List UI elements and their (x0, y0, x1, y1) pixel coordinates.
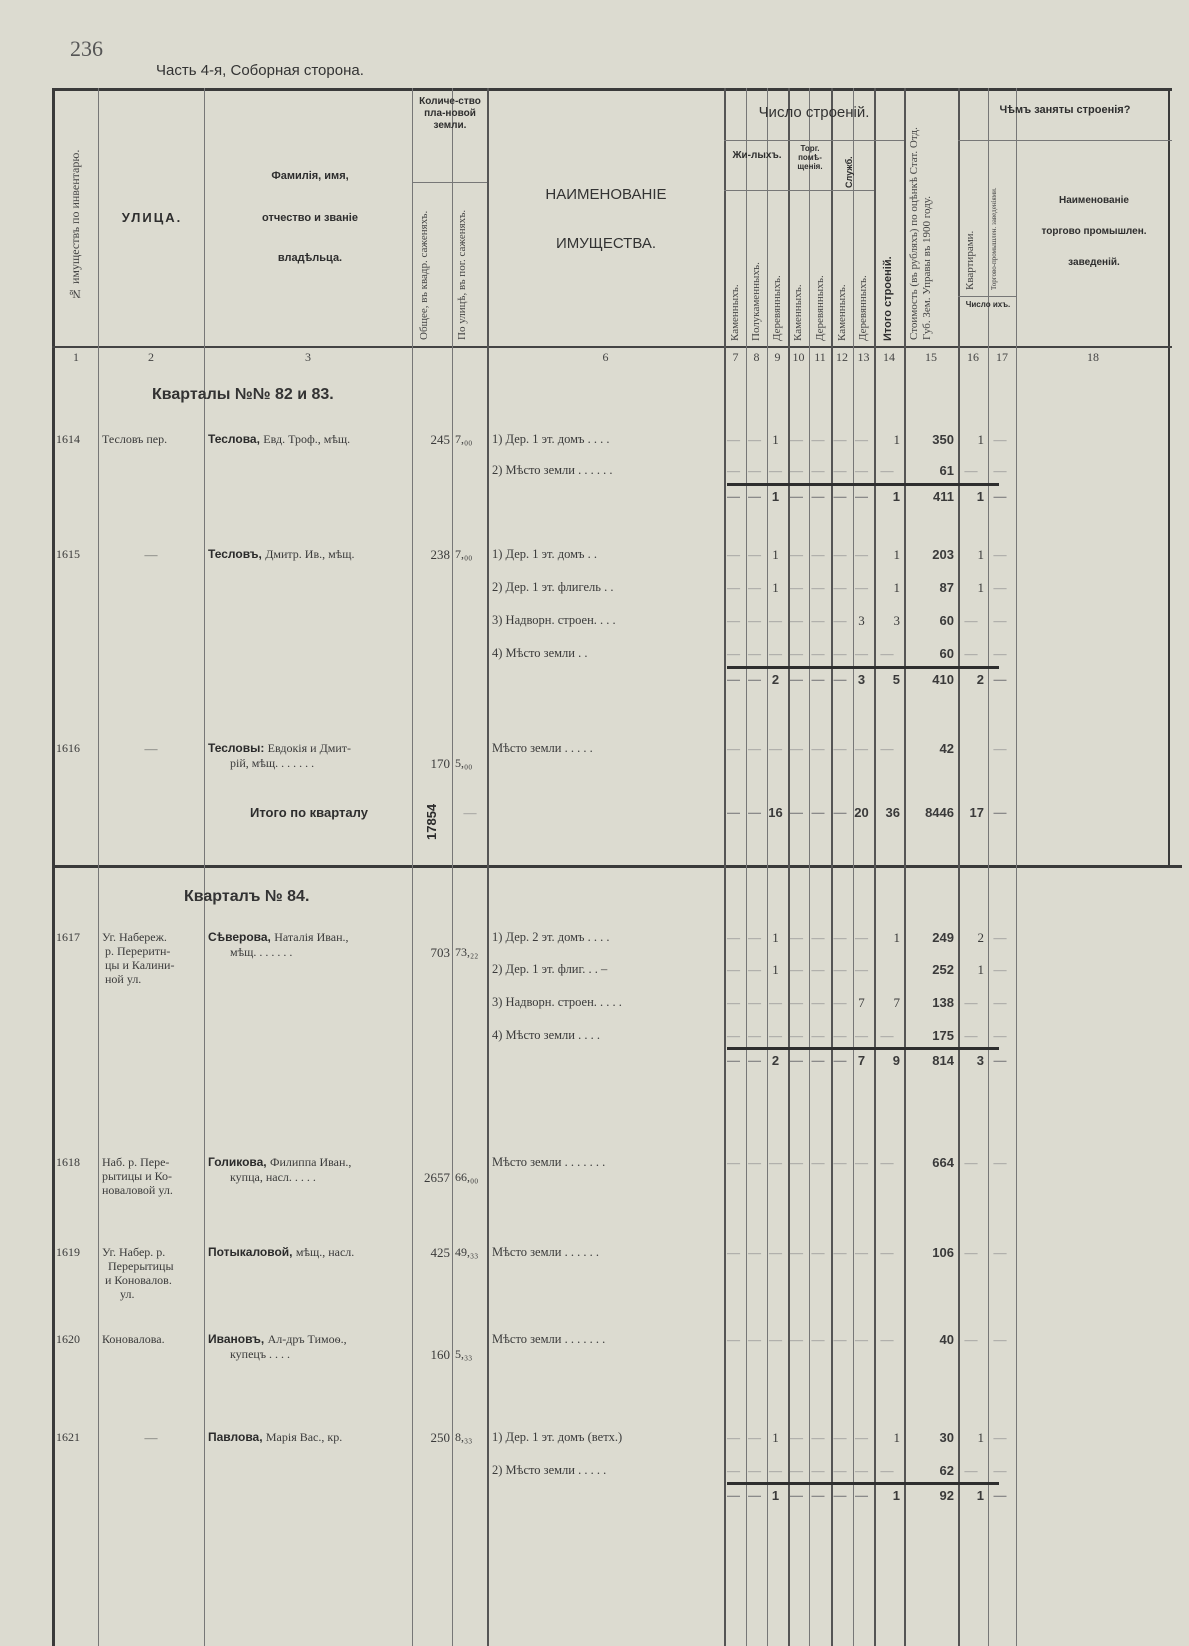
header-subrule (724, 190, 874, 191)
item-value: — (767, 1245, 784, 1261)
item-value: 40 (904, 1332, 954, 1347)
item-value: — (958, 1028, 984, 1044)
item-value: 1 (958, 547, 984, 563)
subtotal-value: — (725, 1053, 742, 1068)
subtotal-rule (727, 1047, 999, 1050)
item-value: — (725, 646, 742, 662)
owner-details: Марія Вас., кр. (266, 1430, 342, 1444)
subtotal-value: 3 (853, 672, 870, 687)
owner-details: Наталія Иван., (274, 930, 348, 944)
subtotal-rule (727, 666, 999, 669)
item-value: — (788, 646, 805, 662)
item-value: — (874, 646, 900, 662)
inventory-number: 1620 (56, 1332, 96, 1347)
quarter-total-value: — (788, 805, 805, 820)
item-value: — (746, 613, 763, 629)
item-value: 30 (904, 1430, 954, 1445)
owner-name: Теслова, Евд. Троф., мѣщ. (208, 432, 410, 447)
col-divider (204, 88, 205, 1646)
land-area: 425 (414, 1245, 450, 1261)
item-value: — (725, 1155, 742, 1171)
item-value: — (725, 962, 742, 978)
item-value: 252 (904, 962, 954, 977)
subtotal-value: 1 (874, 1488, 900, 1503)
item-value: — (767, 1155, 784, 1171)
col-divider (788, 88, 790, 1646)
item-value: — (788, 995, 805, 1011)
item-value: — (988, 1028, 1012, 1044)
col-divider (98, 88, 99, 1646)
item-value: — (831, 1155, 849, 1171)
header-col8: Полукаменныхъ. (750, 196, 762, 341)
item-value: — (809, 463, 827, 479)
page-number: 236 (70, 36, 103, 62)
item-value: — (874, 1028, 900, 1044)
item-value: 1 (767, 580, 784, 596)
owner-surname: Ивановъ, (208, 1332, 268, 1346)
item-value: — (746, 995, 763, 1011)
subtotal-value: 2 (767, 672, 784, 687)
subtotal-value: — (746, 489, 763, 504)
subtotal-value: — (988, 489, 1012, 504)
item-value: 60 (904, 646, 954, 661)
item-value: — (746, 1155, 763, 1171)
item-value: — (988, 1155, 1012, 1171)
item-value: — (788, 1430, 805, 1446)
quarter-total-value: 17 (958, 805, 984, 820)
col-divider (1016, 88, 1017, 1646)
item-value: — (725, 463, 742, 479)
header-col12: Каменныхъ. (836, 196, 848, 341)
column-number: 9 (767, 350, 788, 365)
property-item: 4) Мѣсто земли . . (492, 646, 722, 661)
item-value: — (874, 463, 900, 479)
item-value: — (767, 1028, 784, 1044)
item-value: — (853, 741, 870, 757)
item-value: 1 (874, 1430, 900, 1446)
header-property-line1: НАИМЕНОВАНІЕ (490, 186, 722, 203)
quarter-heading: Кварталъ № 84. (184, 888, 309, 906)
item-value: — (958, 1463, 984, 1479)
subtotal-value: — (746, 1488, 763, 1503)
subtotal-value: 5 (874, 672, 900, 687)
owner-surname: Потыкаловой, (208, 1245, 296, 1259)
column-number: 3 (206, 350, 410, 365)
item-value: — (988, 1430, 1012, 1446)
land-frontage: 49,₃₃ (455, 1245, 487, 1260)
item-value: — (831, 1028, 849, 1044)
header-subrule (724, 140, 904, 141)
owner-details: Евд. Троф., мѣщ. (263, 432, 350, 446)
item-value: — (874, 1332, 900, 1348)
street-name: — (100, 1430, 202, 1446)
street-name: Тесловъ пер. (102, 432, 202, 446)
subtotal-value: — (809, 489, 827, 504)
item-value: — (809, 432, 827, 448)
owner-details: Филиппа Иван., (270, 1155, 351, 1169)
item-value: — (988, 930, 1012, 946)
item-value: — (831, 1463, 849, 1479)
owner-name: Ивановъ, Ал-дръ Тимоѳ., (208, 1332, 410, 1347)
subtotal-value: 410 (904, 672, 954, 687)
owner-name-cont: рій, мѣщ. . . . . . . (230, 756, 410, 771)
column-number: 17 (988, 350, 1016, 365)
owner-details: Ал-дръ Тимоѳ., (268, 1332, 347, 1346)
header-col18-line1: Наименованіе (1018, 195, 1170, 206)
item-value: — (831, 1430, 849, 1446)
inventory-number: 1617 (56, 930, 96, 945)
item-value: — (767, 646, 784, 662)
item-value: — (831, 995, 849, 1011)
quarter-total-value: 16 (767, 805, 784, 820)
inventory-number: 1615 (56, 547, 96, 562)
subtotal-value: — (988, 672, 1012, 687)
quarter-total-value: — (725, 805, 742, 820)
item-value: — (725, 930, 742, 946)
item-value: — (988, 962, 1012, 978)
quarter-total-value: — (988, 805, 1012, 820)
item-value: — (767, 1332, 784, 1348)
land-area: 2657 (414, 1170, 450, 1186)
header-col16: Квартирами. (964, 150, 976, 290)
item-value: — (831, 1245, 849, 1261)
quarter-total-value: — (809, 805, 827, 820)
header-count-label: Число ихъ. (960, 300, 1016, 310)
item-value: — (958, 613, 984, 629)
header-property-line2: ИМУЩЕСТВА. (490, 235, 722, 252)
property-item: Мѣсто земли . . . . . . . (492, 1332, 722, 1347)
item-value: — (874, 1245, 900, 1261)
property-item: Мѣсто земли . . . . . (492, 741, 722, 756)
column-number: 6 (489, 350, 722, 365)
item-value: — (725, 1463, 742, 1479)
col-divider (809, 88, 810, 1646)
header-bottom-rule (52, 346, 1172, 348)
owner-surname: Теслова, (208, 432, 263, 446)
item-value: — (809, 962, 827, 978)
subtotal-value: — (788, 672, 805, 687)
item-value: — (746, 463, 763, 479)
property-item: 2) Дер. 1 эт. флиг. . . – (492, 962, 722, 977)
item-value: — (725, 432, 742, 448)
item-value: — (746, 1245, 763, 1261)
item-value: 3 (853, 613, 870, 629)
land-frontage: 7,₀₀ (455, 432, 487, 447)
property-item: 2) Мѣсто земли . . . . . . (492, 463, 722, 478)
quarter-total-value: 20 (853, 805, 870, 820)
owner-name-cont: мѣщ. . . . . . . (230, 945, 410, 960)
table-top-rule (52, 88, 1172, 91)
item-value: — (988, 432, 1012, 448)
item-value: — (874, 1155, 900, 1171)
item-value: — (809, 995, 827, 1011)
subtotal-value: — (831, 489, 849, 504)
property-item: 1) Дер. 1 эт. домъ . . (492, 547, 722, 562)
inventory-number: 1619 (56, 1245, 96, 1260)
item-value: 138 (904, 995, 954, 1010)
item-value: 664 (904, 1155, 954, 1170)
quarter-total-value: — (746, 805, 763, 820)
property-item: 1) Дер. 2 эт. домъ . . . . (492, 930, 722, 945)
subtotal-value: 411 (904, 489, 954, 504)
column-number: 8 (746, 350, 767, 365)
item-value: — (725, 1430, 742, 1446)
item-value: 350 (904, 432, 954, 447)
item-value: 1 (874, 432, 900, 448)
item-value: — (853, 1245, 870, 1261)
item-value: — (788, 613, 805, 629)
item-value: — (988, 646, 1012, 662)
item-value: — (988, 463, 1012, 479)
land-frontage: 66,₀₀ (455, 1170, 487, 1185)
item-value: 1 (874, 547, 900, 563)
item-value: — (988, 1245, 1012, 1261)
item-value: 61 (904, 463, 954, 478)
column-number: 15 (904, 350, 958, 365)
item-value: — (767, 613, 784, 629)
land-area: 160 (414, 1347, 450, 1363)
item-value: — (767, 463, 784, 479)
subtotal-value: 9 (874, 1053, 900, 1068)
column-number: 12 (831, 350, 853, 365)
property-item: Мѣсто земли . . . . . . . (492, 1155, 722, 1170)
item-value: — (767, 741, 784, 757)
header-col7: Каменныхъ. (729, 196, 741, 341)
item-value: 106 (904, 1245, 954, 1260)
column-number: 14 (874, 350, 904, 365)
item-value: — (746, 580, 763, 596)
item-value: — (725, 547, 742, 563)
item-value: — (809, 1028, 827, 1044)
owner-surname: Сѣверова, (208, 930, 274, 944)
item-value: — (746, 1028, 763, 1044)
col-divider (487, 88, 489, 1646)
header-street: УЛИЦА. (104, 210, 200, 225)
property-item: Мѣсто земли . . . . . . (492, 1245, 722, 1260)
col-divider (988, 88, 989, 1646)
subtotal-value: — (988, 1053, 1012, 1068)
col-divider (412, 88, 413, 1646)
item-value: 2 (958, 930, 984, 946)
item-value: — (809, 741, 827, 757)
header-land-frontage: По улицѣ, въ пог. саженяхъ. (456, 190, 484, 340)
item-value: — (831, 930, 849, 946)
subtotal-value: — (853, 1488, 870, 1503)
item-value: 249 (904, 930, 954, 945)
item-value: — (746, 1430, 763, 1446)
street-name: — (100, 547, 202, 563)
subtotal-value: — (788, 1053, 805, 1068)
subtotal-value: 2 (767, 1053, 784, 1068)
item-value: — (809, 1332, 827, 1348)
street-name: Уг. Набереж. р. Переритн- цы и Калини- н… (102, 930, 202, 986)
column-number: 11 (809, 350, 831, 365)
item-value: — (958, 646, 984, 662)
item-value: — (853, 547, 870, 563)
item-value: — (788, 930, 805, 946)
item-value: — (725, 1028, 742, 1044)
header-occupied-group: Чѣмъ заняты строенія? (960, 104, 1170, 116)
owner-surname: Тесловы: (208, 741, 268, 755)
item-value: 87 (904, 580, 954, 595)
item-value: — (746, 1463, 763, 1479)
item-value: — (853, 1028, 870, 1044)
land-area: 170 (414, 756, 450, 772)
land-area: 250 (414, 1430, 450, 1446)
item-value: — (746, 930, 763, 946)
col-divider (874, 88, 876, 1646)
item-value: — (725, 741, 742, 757)
item-value: 1 (958, 1430, 984, 1446)
item-value: — (788, 962, 805, 978)
item-value: — (874, 741, 900, 757)
header-subrule (412, 182, 487, 183)
item-value: — (853, 1155, 870, 1171)
item-value: 1 (958, 580, 984, 596)
subtotal-rule (727, 483, 999, 486)
header-col14: Итого строеній. (882, 196, 894, 341)
land-frontage: 73,₂₂ (455, 945, 487, 960)
header-trade: Торг. помѣ-щенія. (789, 144, 831, 171)
item-value: — (988, 613, 1012, 629)
item-value: — (809, 1245, 827, 1261)
header-land-total: Общее, въ квадр. саженяхъ. (418, 190, 448, 340)
header-col18-line3: заведеній. (1018, 257, 1170, 268)
item-value: 1 (958, 962, 984, 978)
item-value: — (725, 1332, 742, 1348)
subtotal-value: — (809, 1488, 827, 1503)
item-value: 203 (904, 547, 954, 562)
subtotal-value: 1 (767, 1488, 784, 1503)
subtotal-value: 1 (958, 1488, 984, 1503)
property-item: 2) Мѣсто земли . . . . . (492, 1463, 722, 1478)
col-divider (831, 88, 833, 1646)
item-value: — (788, 580, 805, 596)
item-value: — (853, 1332, 870, 1348)
item-value: — (958, 1332, 984, 1348)
item-value: 7 (874, 995, 900, 1011)
owner-name: Потыкаловой, мѣщ., насл. (208, 1245, 410, 1260)
quarter-separator-rule (52, 865, 1182, 868)
subtotal-value: — (831, 672, 849, 687)
item-value: — (725, 1245, 742, 1261)
item-value: — (788, 1463, 805, 1479)
land-frontage: 5,₃₃ (455, 1347, 487, 1362)
item-value: 1 (767, 432, 784, 448)
item-value: — (788, 547, 805, 563)
item-value: — (809, 646, 827, 662)
owner-name: Павлова, Марія Вас., кр. (208, 1430, 410, 1445)
land-area: 245 (414, 432, 450, 448)
item-value: — (831, 741, 849, 757)
quarter-total-area: 17854 (424, 790, 439, 840)
header-col9: Деревянныхъ. (771, 196, 783, 341)
item-value: — (831, 962, 849, 978)
owner-surname: Тесловъ, (208, 547, 265, 561)
street-name: — (100, 741, 202, 757)
subtotal-value: 2 (958, 672, 984, 687)
header-col18-line2: торгово промышлен. (1018, 226, 1170, 237)
item-value: 175 (904, 1028, 954, 1043)
header-owner-line1: Фамилія, имя, (210, 170, 410, 182)
header-subrule (958, 140, 1172, 141)
property-item: 4) Мѣсто земли . . . . (492, 1028, 722, 1043)
item-value: — (725, 613, 742, 629)
item-value: — (958, 995, 984, 1011)
item-value: — (853, 1430, 870, 1446)
item-value: — (788, 1332, 805, 1348)
col-divider (853, 88, 854, 1646)
property-item: 2) Дер. 1 эт. флигель . . (492, 580, 722, 595)
subtotal-value: 3 (958, 1053, 984, 1068)
subtotal-value: — (725, 1488, 742, 1503)
item-value: — (853, 580, 870, 596)
item-value: — (809, 547, 827, 563)
property-item: 1) Дер. 1 эт. домъ . . . . (492, 432, 722, 447)
col-divider (904, 88, 906, 1646)
quarter-total-label: Итого по кварталу (250, 805, 368, 820)
item-value: 1 (874, 580, 900, 596)
item-value: — (809, 580, 827, 596)
header-owner-line2: отчество и званіе (210, 212, 410, 224)
column-number: 2 (100, 350, 202, 365)
item-value: — (725, 995, 742, 1011)
subtotal-value: 814 (904, 1053, 954, 1068)
header-inventory-number: № имуществъ по инвентарю. (68, 110, 83, 340)
item-value: — (746, 646, 763, 662)
item-value: — (831, 646, 849, 662)
subtotal-value: — (746, 1053, 763, 1068)
item-value: 1 (874, 930, 900, 946)
item-value: — (788, 741, 805, 757)
item-value: 62 (904, 1463, 954, 1478)
item-value: — (767, 1463, 784, 1479)
owner-name-cont: купца, насл. . . . . (230, 1170, 410, 1185)
owner-surname: Голикова, (208, 1155, 270, 1169)
land-area: 703 (414, 945, 450, 961)
item-value: — (788, 463, 805, 479)
item-value: — (958, 1155, 984, 1171)
item-value: — (809, 1155, 827, 1171)
item-value: — (853, 962, 870, 978)
page-subtitle: Часть 4-я, Соборная сторона. (156, 62, 364, 79)
header-subrule (958, 296, 1016, 297)
item-value: — (788, 1028, 805, 1044)
inventory-number: 1614 (56, 432, 96, 447)
item-value: — (809, 1430, 827, 1446)
item-value: — (746, 547, 763, 563)
col-divider (452, 88, 453, 1646)
subtotal-value: — (746, 672, 763, 687)
subtotal-value: 7 (853, 1053, 870, 1068)
item-value: — (831, 463, 849, 479)
subtotal-value: 92 (904, 1488, 954, 1503)
item-value: — (853, 432, 870, 448)
column-number: 10 (788, 350, 809, 365)
item-value: — (853, 463, 870, 479)
item-value: — (988, 995, 1012, 1011)
header-col17: Торгово-промышлен. заведеніями. (990, 150, 1012, 290)
item-value: 1 (767, 1430, 784, 1446)
item-value: — (831, 1332, 849, 1348)
item-value: — (874, 1463, 900, 1479)
owner-name: Тесловы: Евдокія и Дмит- (208, 741, 410, 756)
owner-details: Евдокія и Дмит- (268, 741, 351, 755)
item-value: — (746, 432, 763, 448)
item-value: 42 (904, 741, 954, 756)
item-value: — (767, 995, 784, 1011)
inventory-number: 1616 (56, 741, 96, 756)
